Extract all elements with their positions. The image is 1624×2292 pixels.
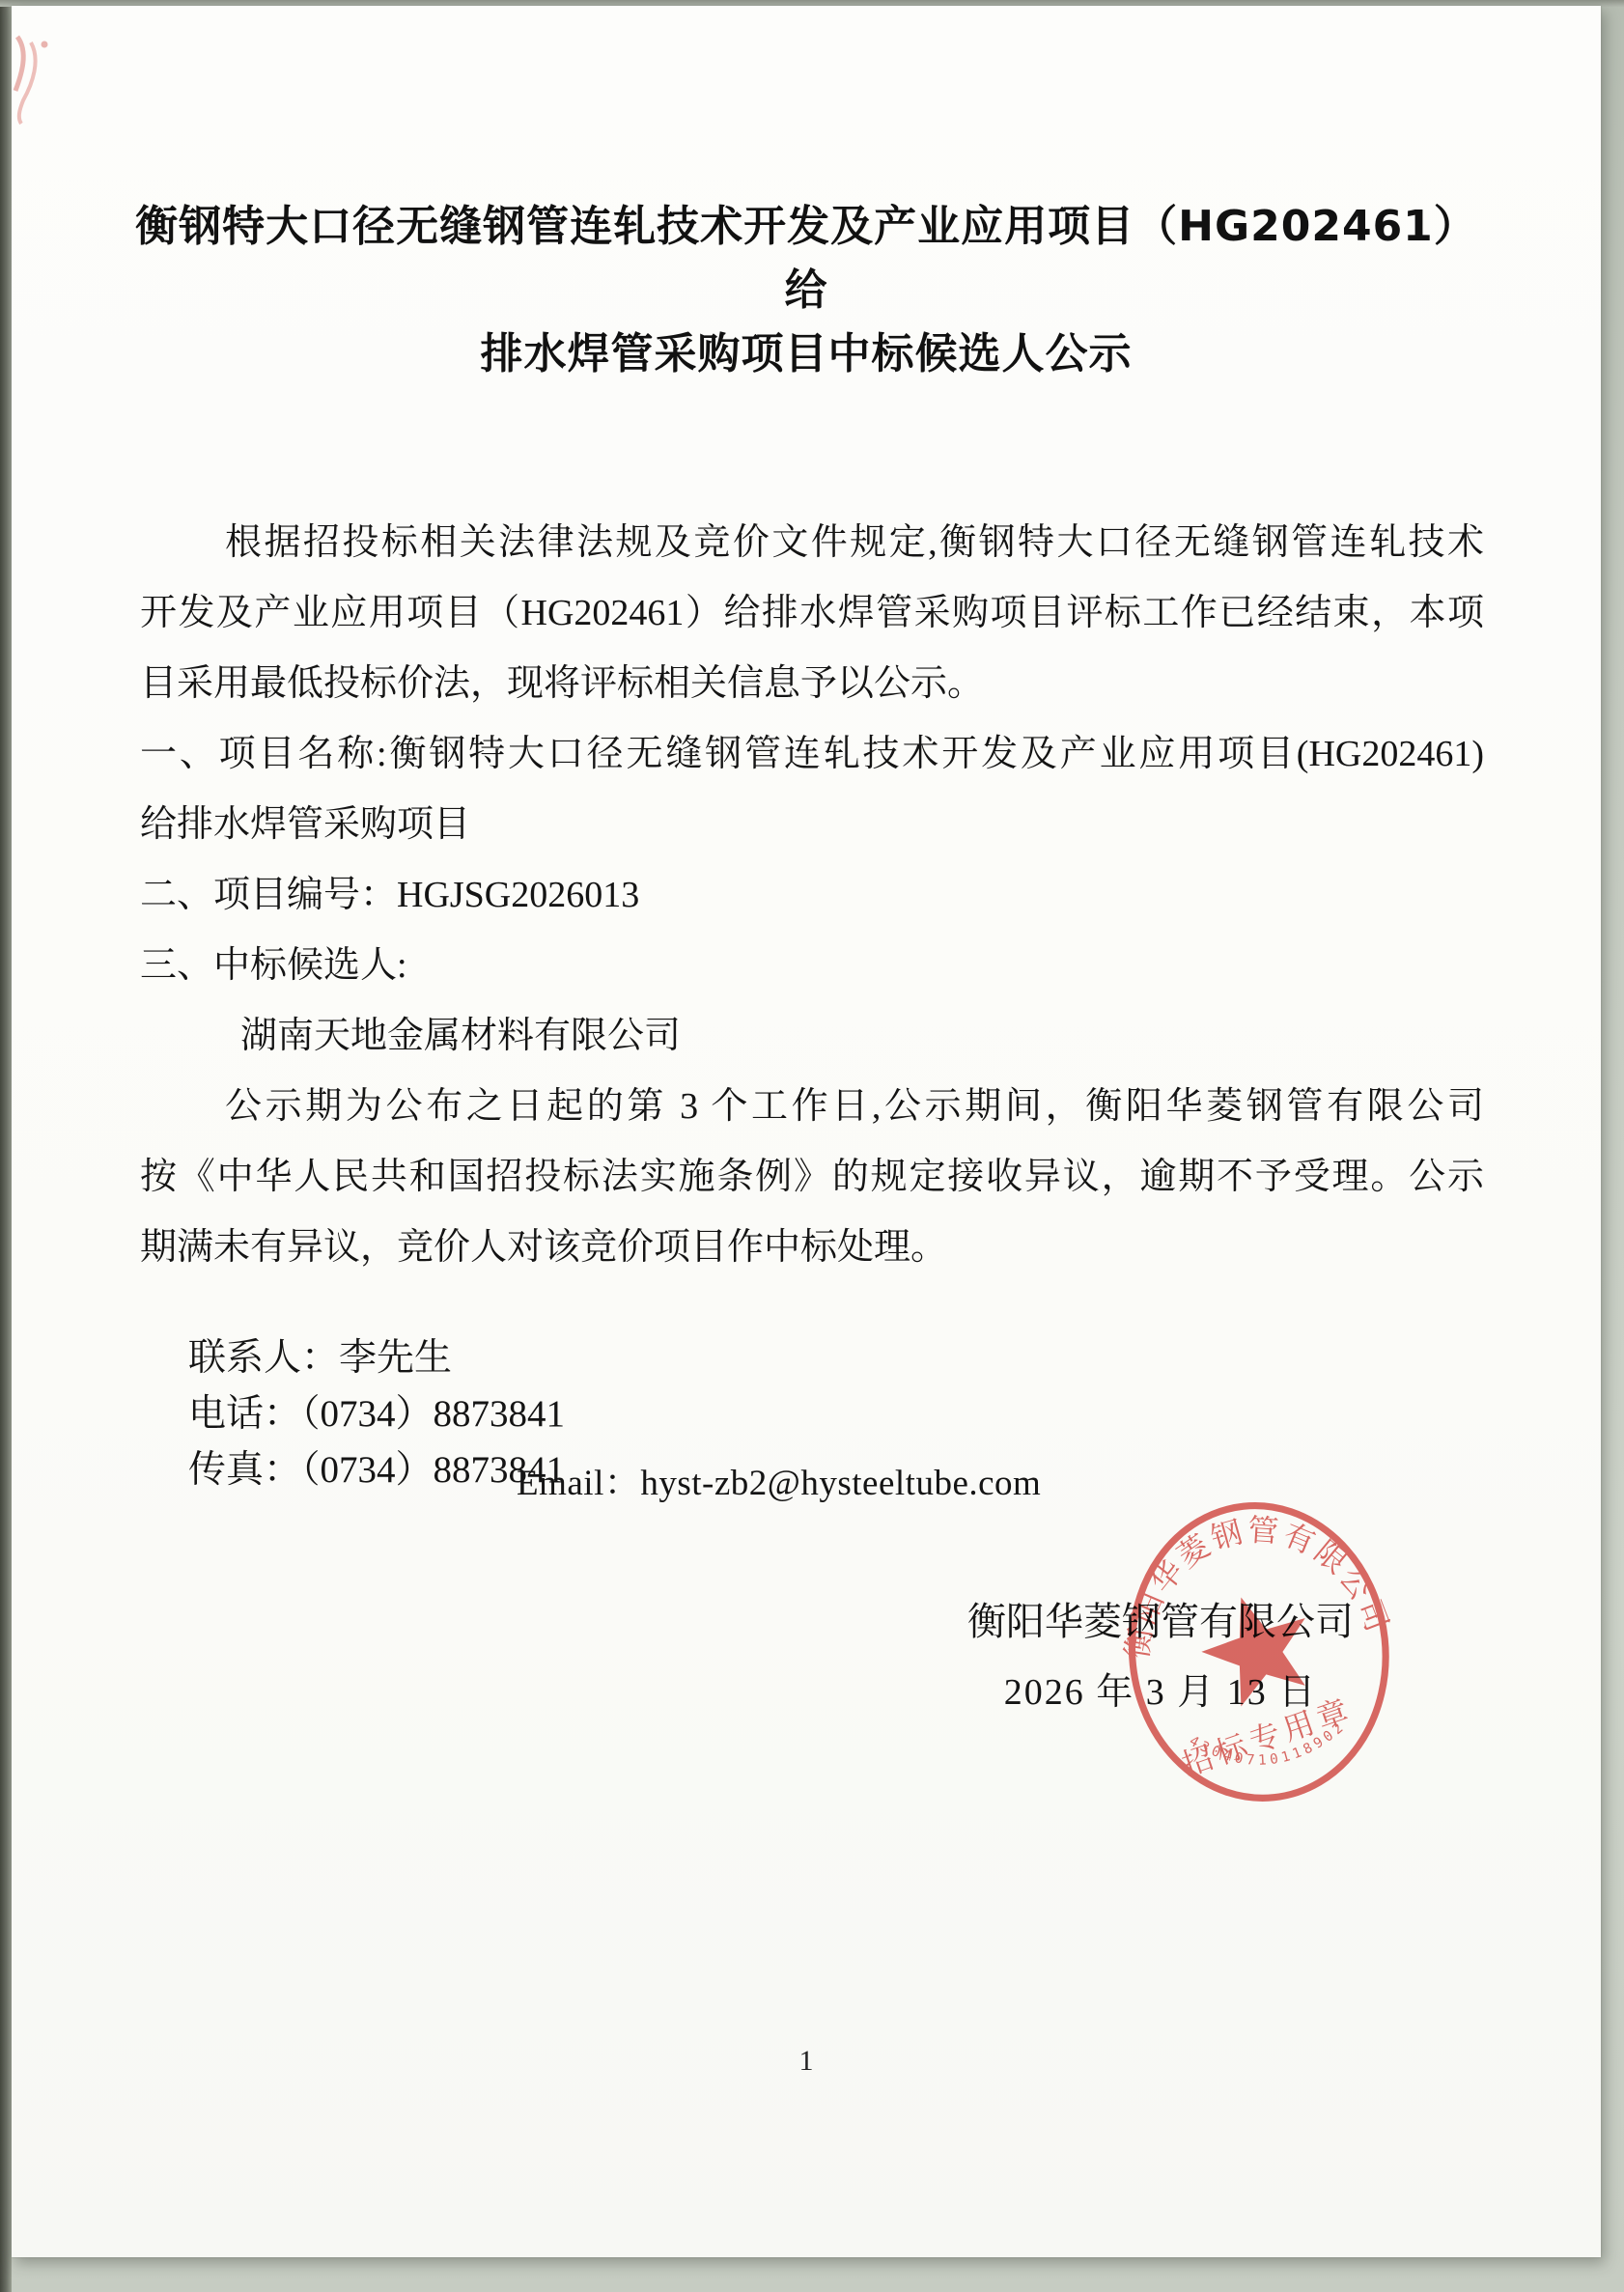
document-body: 根据招投标相关法律法规及竞价文件规定,衡钢特大口径无缝钢管连轧技术 开发及产业应… (140, 508, 1484, 1283)
contact-block: 联系人：李先生 电话：（0734）8873841 传真：（0734）887384… (188, 1330, 1347, 1498)
page-title-line2: 排水焊管采购项目中标候选人公示 (127, 322, 1485, 386)
company-seal-stamp: 衡阳华菱钢管有限公司 招标专用章 43040710118902 (1094, 1476, 1424, 1831)
contact-phone: 电话：（0734）8873841 (188, 1386, 1347, 1442)
body-line: 二、项目编号：HGJSG2026013 (140, 860, 1484, 931)
contact-person: 联系人：李先生 (188, 1330, 1347, 1386)
body-line-winner-name: 湖南天地金属材料有限公司 (140, 1001, 1484, 1072)
page-number: 1 (12, 2045, 1601, 2078)
body-line: 期满未有异议，竞价人对该竞价项目作中标处理。 (140, 1213, 1484, 1283)
body-line: 三、中标候选人: (140, 931, 1484, 1001)
body-line: 目采用最低投标价法，现将评标相关信息予以公示。 (140, 649, 1484, 719)
page-title: 衡钢特大口径无缝钢管连轧技术开发及产业应用项目（HG202461）给 排水焊管采… (127, 195, 1485, 386)
scan-left-edge (0, 0, 12, 2292)
body-line: 一、项目名称:衡钢特大口径无缝钢管连轧技术开发及产业应用项目(HG202461) (140, 719, 1484, 790)
stamp-star-icon (1196, 1591, 1314, 1710)
page-title-line1: 衡钢特大口径无缝钢管连轧技术开发及产业应用项目（HG202461）给 (127, 195, 1485, 322)
contact-email: Email：hyst-zb2@hysteeltube.com (517, 1456, 1041, 1512)
red-ink-smudge (12, 33, 73, 126)
document-paper: 衡钢特大口径无缝钢管连轧技术开发及产业应用项目（HG202461）给 排水焊管采… (12, 6, 1601, 2257)
contact-fax: 传真：（0734）8873841 (188, 1449, 565, 1491)
body-line: 按《中华人民共和国招投标法实施条例》的规定接收异议，逾期不予受理。公示 (140, 1142, 1484, 1213)
body-line: 给排水焊管采购项目 (140, 790, 1484, 860)
body-line: 开发及产业应用项目（HG202461）给排水焊管采购项目评标工作已经结束，本项 (140, 578, 1484, 649)
contact-fax-row: 传真：（0734）8873841 Email：hyst-zb2@hysteelt… (188, 1442, 1347, 1498)
body-line: 公示期为公布之日起的第 3 个工作日,公示期间，衡阳华菱钢管有限公司 (140, 1072, 1484, 1142)
body-line: 根据招投标相关法律法规及竞价文件规定,衡钢特大口径无缝钢管连轧技术 (140, 508, 1484, 578)
scanned-document-page: { "document": { "title_line1": "衡钢特大口径无缝… (0, 0, 1624, 2292)
